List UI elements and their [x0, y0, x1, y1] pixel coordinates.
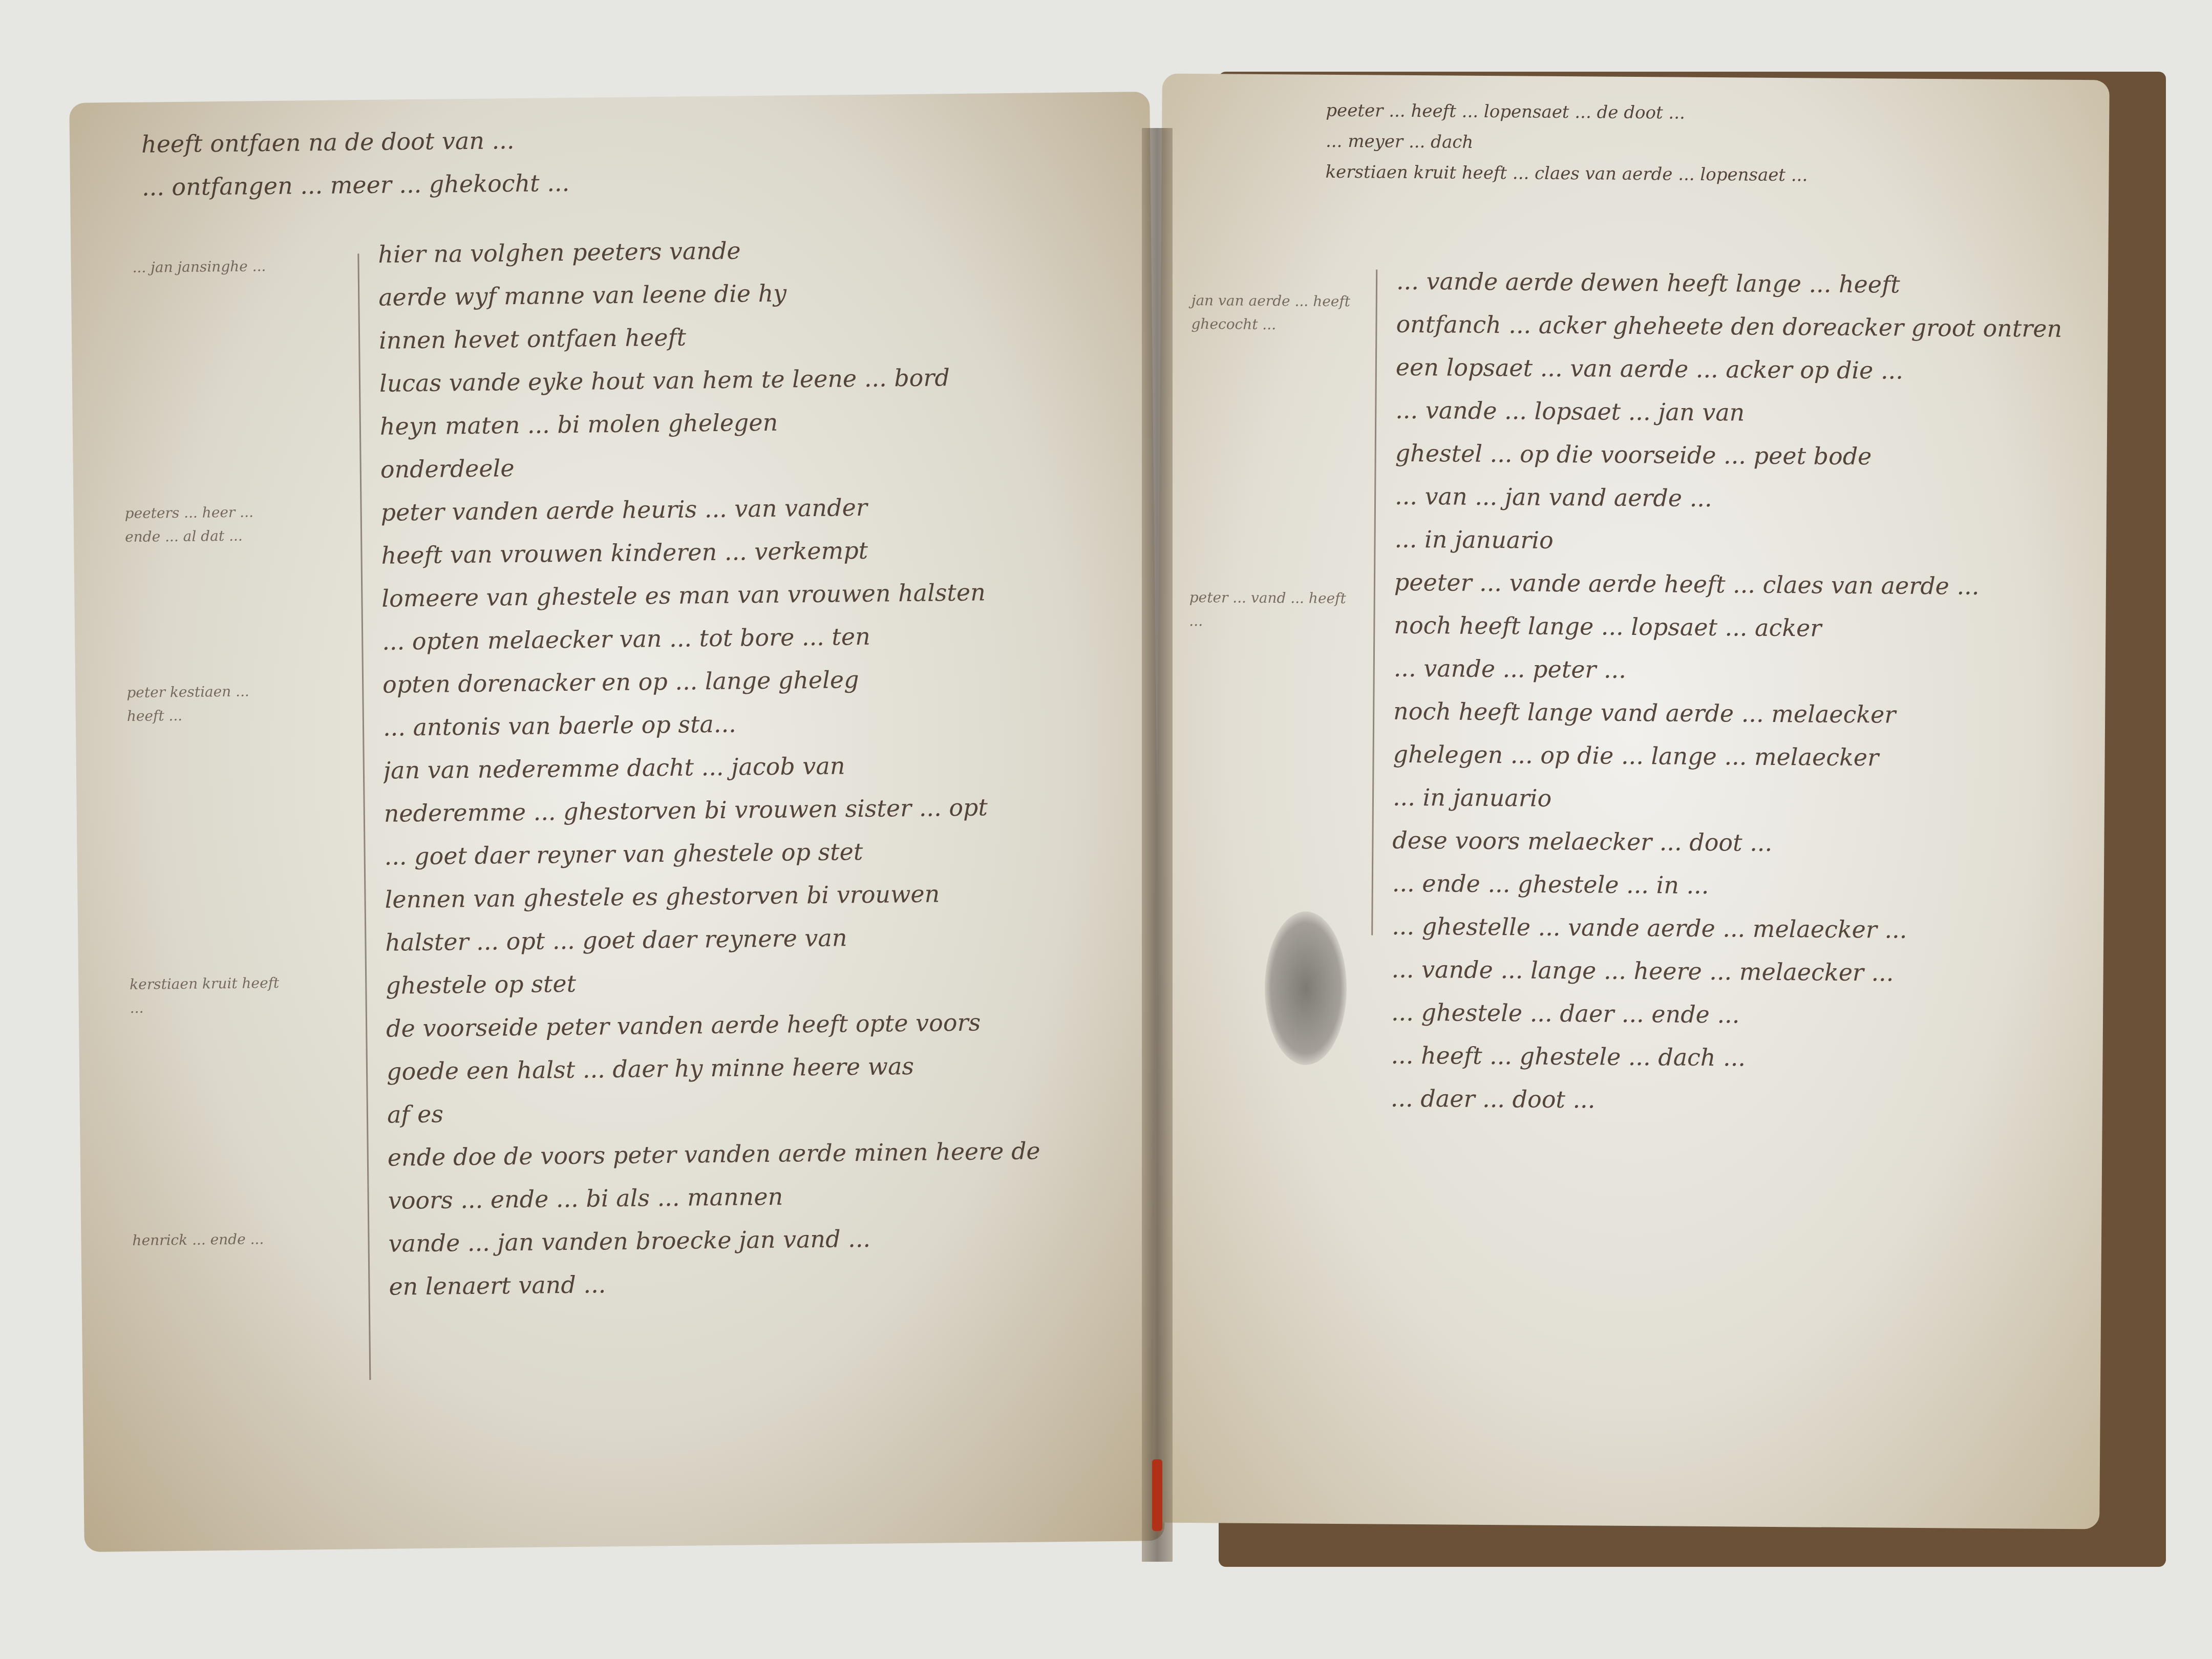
open-manuscript: heeft ontfaen na de doot van ... ... ont… — [77, 67, 2166, 1582]
text-line: de voorseide peter vanden aerde heeft op… — [386, 1000, 1052, 1050]
text-line: en lenaert vand ... — [389, 1258, 1055, 1308]
text-line: een lopsaet ... van aerde ... acker op d… — [1396, 346, 2062, 393]
book-gutter — [1142, 128, 1173, 1562]
text-line: ... ende ... ghestele ... in ... — [1392, 862, 2058, 909]
text-line: ... vande aerde dewen heeft lange ... he… — [1396, 260, 2062, 307]
text-line: nederemme ... ghestorven bi vrouwen sist… — [384, 785, 1050, 835]
text-line: ... vande ... peter ... — [1394, 647, 2060, 694]
text-line: heeft van vrouwen kinderen ... verkempt — [381, 527, 1047, 577]
text-line: ... goet daer reyner van ghestele op ste… — [384, 828, 1050, 878]
text-line: dese voors melaecker ... doot ... — [1392, 819, 2058, 866]
margin-note: peeters ... heer ... ende ... al dat ... — [124, 500, 289, 549]
text-line: vande ... jan vanden broecke jan vand ..… — [388, 1215, 1054, 1265]
text-line: aerde wyf manne van leene die hy — [378, 269, 1045, 319]
text-line: hier na volghen peeters vande — [378, 226, 1044, 276]
left-main-text: hier na volghen peeters vande aerde wyf … — [378, 226, 1055, 1308]
text-line: voors ... ende ... bi als ... mannen — [388, 1172, 1054, 1222]
text-line: noch heeft lange vand aerde ... melaecke… — [1393, 690, 2059, 737]
text-line: ... heeft ... ghestele ... dach ... — [1391, 1034, 2057, 1081]
text-line: opten dorenacker en op ... lange gheleg — [382, 656, 1049, 706]
text-line: af es — [387, 1086, 1053, 1136]
text-line: peeter ... heeft ... lopensaet ... de do… — [1326, 95, 2068, 131]
text-line: ghelegen ... op die ... lange ... melaec… — [1393, 733, 2059, 780]
margin-note: peter kestiaen ... heeft ... — [126, 679, 291, 728]
text-line: ... antonis van baerle op sta... — [383, 699, 1049, 749]
text-line: ... ghestelle ... vande aerde ... melaec… — [1392, 905, 2058, 952]
left-top-lines: heeft ontfaen na de doot van ... ... ont… — [141, 113, 1115, 209]
right-ruling-line — [1371, 269, 1377, 935]
text-line: innen hevet ontfaen heeft — [379, 312, 1045, 362]
text-line: noch heeft lange ... lopsaet ... acker — [1394, 604, 2060, 651]
text-line: ... in januario — [1394, 518, 2060, 565]
text-line: peter vanden aerde heuris ... van vander — [380, 484, 1047, 534]
margin-note: henrick ... ende ... — [132, 1227, 296, 1252]
margin-note: kerstiaen kruit heeft ... — [130, 971, 294, 1020]
text-line: peeter ... vande aerde heeft ... claes v… — [1394, 561, 2060, 608]
text-line: ontfanch ... acker gheheete den doreacke… — [1396, 303, 2062, 350]
text-line: ... van ... jan vand aerde ... — [1395, 475, 2061, 522]
text-line: ghestele op stet — [386, 957, 1052, 1007]
text-line: ... opten melaecker van ... tot bore ...… — [382, 613, 1048, 663]
margin-note: peter ... vand ... heeft ... — [1189, 586, 1353, 634]
ink-stain — [1265, 911, 1347, 1065]
text-line: jan van nederemme dacht ... jacob van — [383, 742, 1049, 792]
text-line: goede een halst ... daer hy minne heere … — [387, 1043, 1053, 1093]
text-line: lennen van ghestele es ghestorven bi vro… — [385, 871, 1051, 921]
text-line: ende doe de voors peter vanden aerde min… — [387, 1129, 1053, 1179]
text-line: kerstiaen kruit heeft ... claes van aerd… — [1325, 157, 2068, 193]
margin-note: ... jan jansinghe ... — [132, 254, 296, 280]
text-line: ... ghestele ... daer ... ende ... — [1391, 991, 2057, 1038]
text-line: ... meyer ... dach — [1326, 126, 2068, 162]
right-main-text: ... vande aerde dewen heeft lange ... he… — [1391, 260, 2062, 1124]
margin-note: jan van aerde ... heeft ghecocht ... — [1191, 289, 1355, 337]
text-line: ... daer ... doot ... — [1391, 1077, 2057, 1124]
text-line: lomeere van ghestele es man van vrouwen … — [381, 570, 1048, 620]
right-page: peeter ... heeft ... lopensaet ... de do… — [1152, 74, 2110, 1529]
left-page: heeft ontfaen na de doot van ... ... ont… — [69, 92, 1165, 1552]
text-line: ... vande ... lopsaet ... jan van — [1395, 389, 2061, 436]
text-line: ... vande ... lange ... heere ... melaec… — [1391, 948, 2057, 995]
left-ruling-line — [357, 253, 371, 1380]
right-top-lines: peeter ... heeft ... lopensaet ... de do… — [1325, 95, 2068, 193]
text-line: ... in januario — [1393, 776, 2059, 823]
text-line: heyn maten ... bi molen ghelegen — [379, 398, 1046, 448]
text-line: halster ... opt ... goet daer reynere va… — [385, 914, 1051, 964]
text-line: lucas vande eyke hout van hem te leene .… — [379, 355, 1046, 405]
red-bookmark-tab — [1152, 1459, 1162, 1531]
text-line: ghestel ... op die voorseide ... peet bo… — [1395, 432, 2061, 479]
text-line: onderdeele — [380, 441, 1046, 491]
